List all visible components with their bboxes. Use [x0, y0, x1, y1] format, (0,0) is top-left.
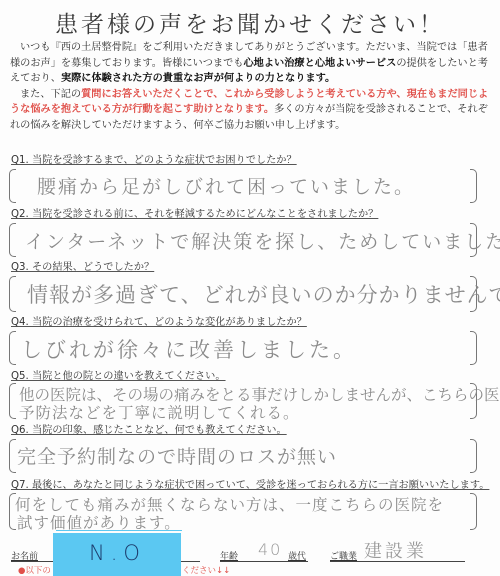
answer-box-5: 他の医院は、その場の痛みをとる事だけしかしませんが、こちらの医院は、 予防法など…	[9, 383, 477, 419]
testimonial-form: 患者様の声をお聞かせください！ いつも『西の土居整骨院』をご利用いただきましてあ…	[0, 0, 500, 576]
answer-box-3: 情報が多過ぎて、どれが良いのか分かりませんでした。	[9, 276, 477, 312]
bracket-left	[9, 439, 16, 473]
question-4: Q4. 当院の治療を受けられて、どのような変化がありましたか？	[11, 313, 307, 328]
question-2: Q2. 当院を受診される前に、それを軽減するためにどんなことをされましたか？	[11, 205, 378, 220]
intro-text-1d: 心地よいサービス	[315, 58, 397, 69]
answer-2-line-1: インターネットで解決策を探し、ためしていました。	[25, 227, 500, 254]
intro-paragraph-2: また、下記の質問にお答えいただくことで、これから受診しようと考えている方や、現在…	[10, 87, 494, 134]
intro-text-1f: 実際に体験された方の貴重なお声が何よりの力となります。	[61, 73, 335, 84]
intro-paragraph-1: いつも『西の土居整骨院』をご利用いただきましてありがとうございます。ただいま、当…	[10, 40, 494, 87]
bracket-right	[470, 169, 477, 203]
job-line	[330, 561, 465, 562]
question-7: Q7. 最後に、あなたと同じような症状で困っていて、受診を迷っておられる方に一言…	[11, 476, 489, 491]
bracket-left	[9, 331, 16, 365]
bracket-right	[470, 439, 477, 473]
page-title: 患者様の声をお聞かせください！	[0, 6, 500, 39]
intro-text: いつも『西の土居整骨院』をご利用いただきましてありがとうございます。ただいま、当…	[10, 40, 494, 134]
name-value: N.O	[89, 541, 146, 565]
name-sticker: N.O	[53, 533, 181, 576]
answer-box-2: インターネットで解決策を探し、ためしていました。	[9, 223, 477, 257]
answer-box-7: 何をしても痛みが無くならない方は、一度こちらの医院を 試す価値があります。	[9, 493, 477, 530]
bracket-right	[470, 493, 477, 530]
answer-box-6: 完全予約制なので時間のロスが無い	[9, 439, 477, 473]
answer-6-line-1: 完全予約制なので時間のロスが無い	[17, 442, 337, 469]
answer-1-line-1: 腰痛から足がしびれて困っていました。	[37, 172, 415, 199]
age-value: 40	[258, 540, 282, 559]
bracket-left	[9, 383, 16, 419]
answer-5-line-2: 予防法などを丁寧に説明してくれる。	[19, 401, 300, 423]
answer-3-line-1: 情報が多過ぎて、どれが良いのか分かりませんでした。	[27, 279, 500, 309]
notice-text-left: ●以下の	[18, 564, 51, 576]
bracket-left	[9, 276, 16, 312]
bracket-left	[9, 223, 16, 257]
job-value: 建設業	[364, 537, 427, 563]
question-6: Q6. 当院の印象、感じたことなど、何でも教えてください。	[11, 421, 287, 436]
answer-box-1: 腰痛から足がしびれて困っていました。	[9, 169, 477, 203]
intro-text-2a: また、下記の	[20, 89, 81, 100]
highlight-underline	[56, 530, 182, 531]
question-1: Q1. 当院を受診するまで、どのような症状でお困りでしたか？	[11, 151, 297, 166]
bracket-left	[9, 169, 16, 203]
answer-4-line-1: しびれが徐々に改善しました。	[21, 334, 357, 364]
bracket-right	[470, 331, 477, 365]
notice-text-right: ください↓↓	[182, 564, 230, 576]
question-5: Q5. 当院と他の院との違いを教えてください。	[11, 367, 226, 382]
age-line	[220, 561, 308, 562]
intro-text-1b: 心地よい治療	[244, 58, 305, 69]
question-3: Q3. その結果、どうでしたか？	[11, 258, 154, 273]
answer-box-4: しびれが徐々に改善しました。	[9, 331, 477, 365]
intro-text-1c: と	[305, 58, 315, 69]
